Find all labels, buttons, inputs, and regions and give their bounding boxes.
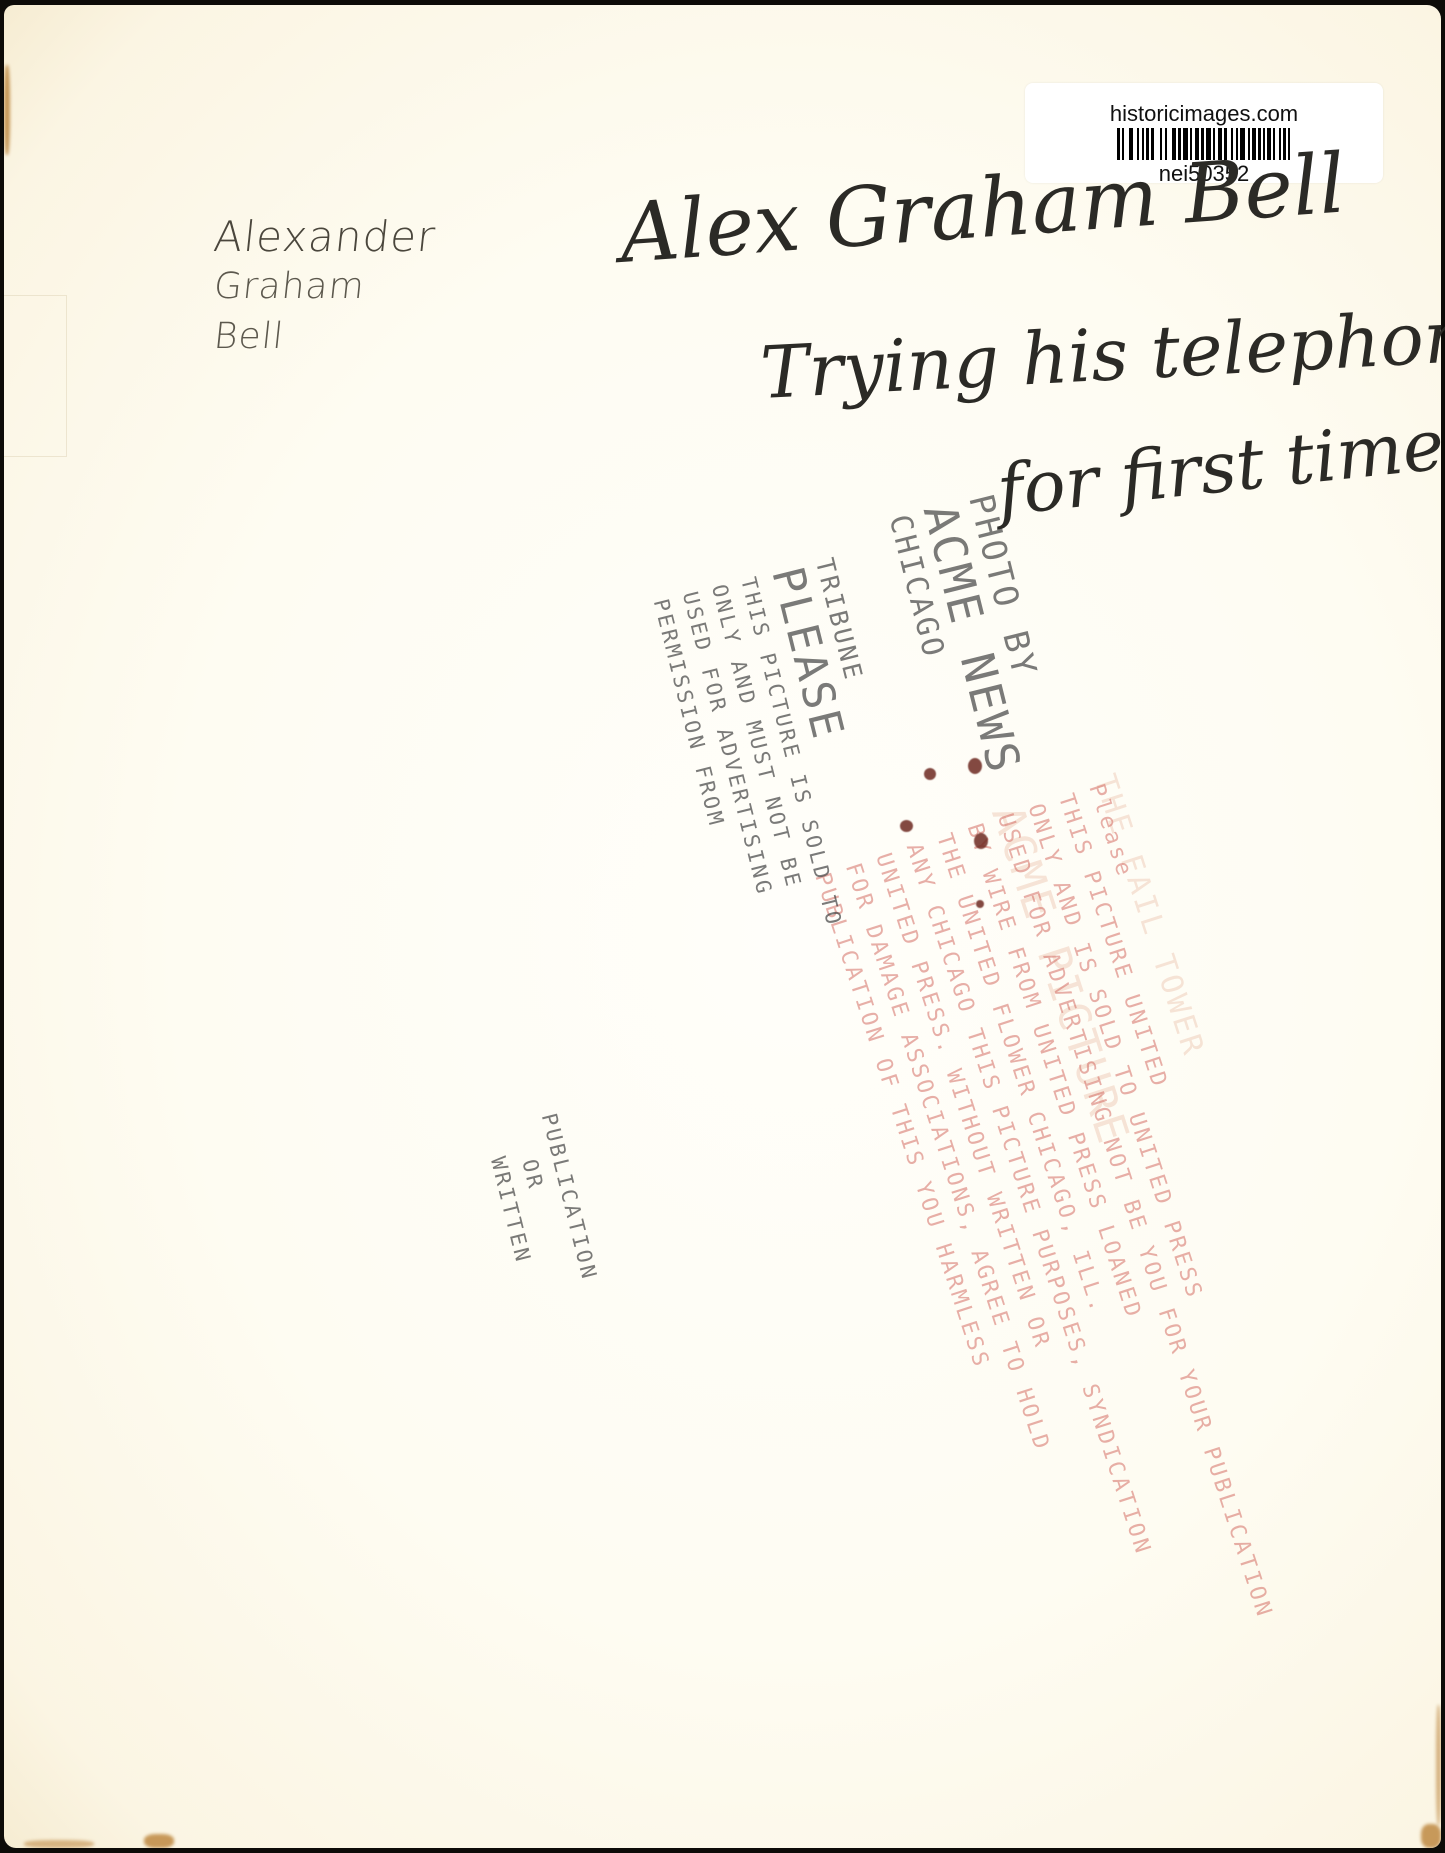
ink-blot (968, 758, 982, 774)
barcode-label: historicimages.com nei50352 (1025, 83, 1383, 183)
ink-blot (900, 820, 913, 832)
barcode-icon (1025, 128, 1383, 160)
stain-mark (24, 1840, 94, 1848)
label-code: nei50352 (1025, 163, 1383, 185)
stain-mark (144, 1834, 174, 1848)
stain-mark (4, 65, 10, 155)
pencil-line: Bell (211, 312, 438, 362)
ink-blot (924, 768, 936, 780)
ink-blot (974, 833, 988, 849)
pencil-note: Alexander Graham Bell (214, 212, 435, 362)
paper-crease (4, 295, 67, 457)
stain-mark (1436, 1705, 1441, 1825)
pencil-line: Graham (211, 262, 438, 312)
ink-blot (976, 900, 984, 908)
pencil-line: Alexander (211, 212, 438, 262)
label-site: historicimages.com (1025, 83, 1383, 125)
stain-mark (1421, 1824, 1441, 1848)
